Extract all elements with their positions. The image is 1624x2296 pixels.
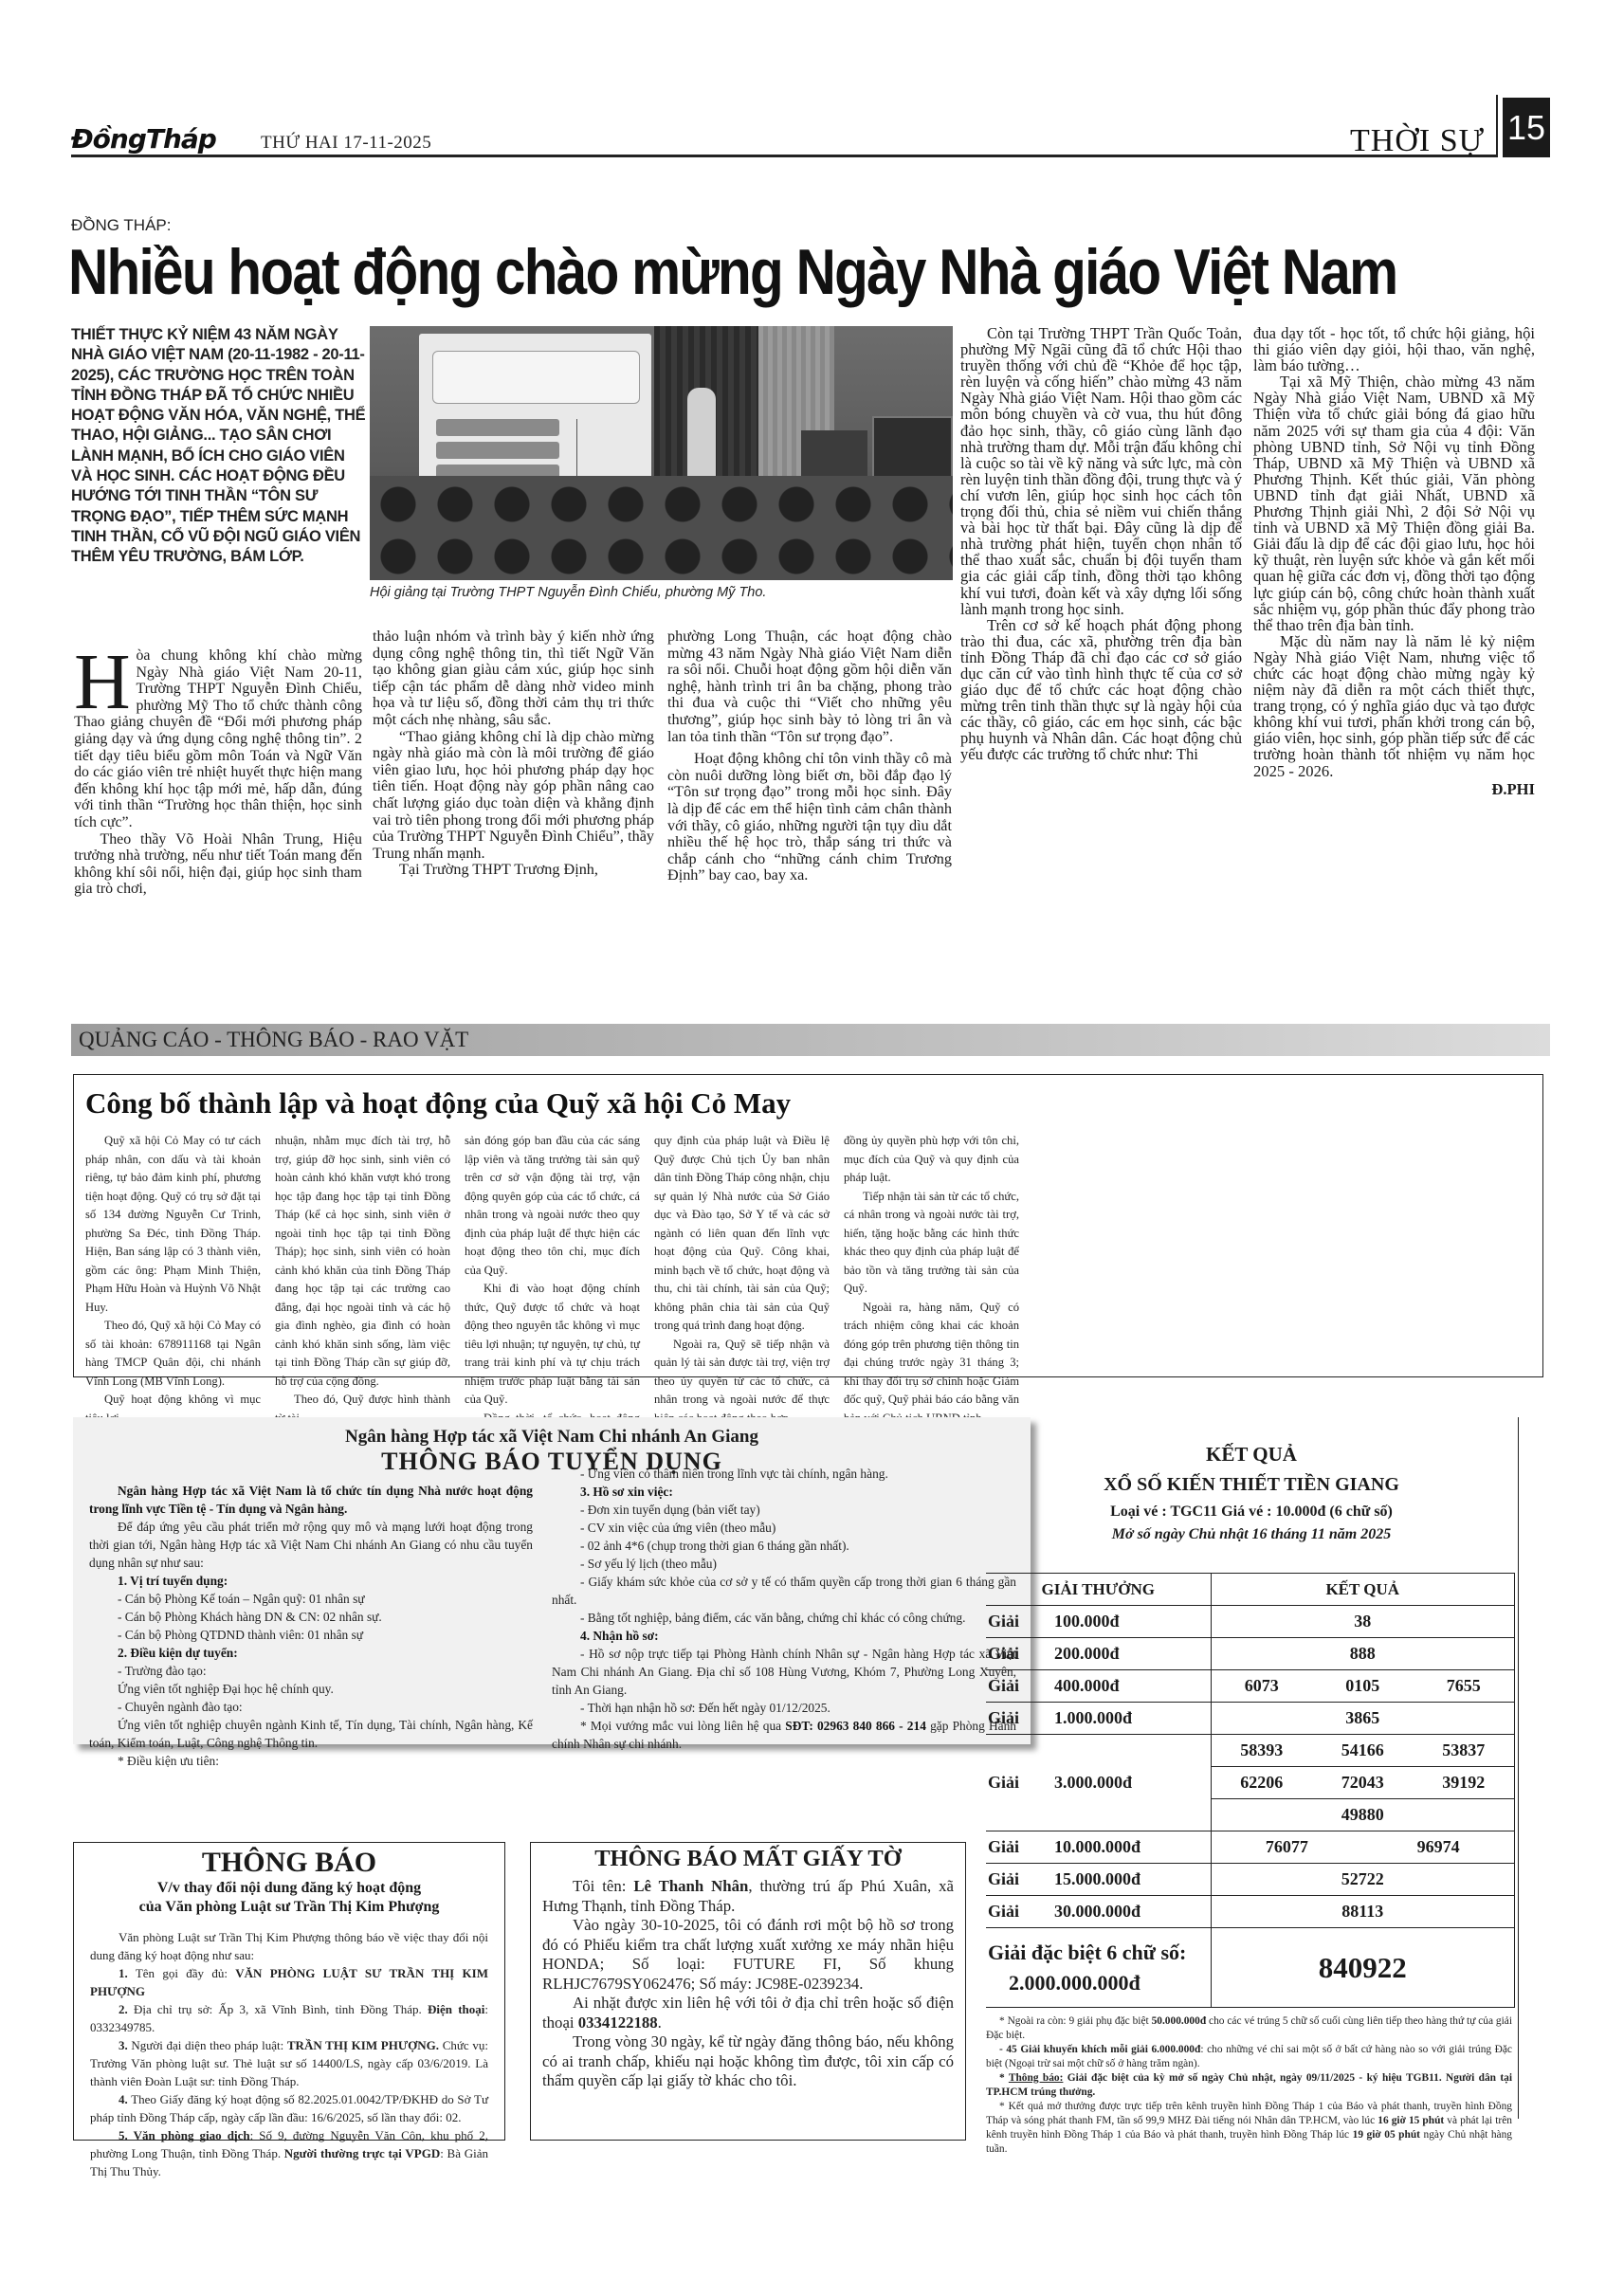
list-item: - Đơn xin tuyển dụng (bản viết tay) [552,1501,1016,1519]
notice-subtitle: của Văn phòng Luật sư Trần Thị Kim Phượn… [74,1898,504,1917]
list-item: - Hồ sơ nộp trực tiếp tại Phòng Hành chí… [552,1645,1016,1699]
table-row: Giải10.000.000đ 7607796974 [986,1831,1515,1864]
paragraph: Quỹ xã hội Cỏ May có tư cách pháp nhân, … [85,1132,261,1317]
fund-column-1: Quỹ xã hội Cỏ May có tư cách pháp nhân, … [85,1132,261,1428]
paragraph: “Thao giảng không chỉ là dịp chào mừng n… [373,729,654,863]
table-row: Giải3.000.000đ 583935416653837 [986,1735,1515,1767]
ads-section-label: QUẢNG CÁO - THÔNG BÁO - RAO VẶT [79,1028,468,1052]
article-lead: Thiết thực kỷ niệm 43 năm Ngày Nhà giáo … [71,325,370,568]
item-number: 4. [119,2092,128,2106]
lottery-results-table: GIẢI THƯỞNG KẾT QUẢ Giải100.000đ 38 Giải… [986,1573,1515,2008]
winning-number: 72043 [1341,1773,1384,1793]
list-item: - Sơ yếu lý lịch (theo mẫu) [552,1555,1016,1573]
paragraph: phường Long Thuận, các hoạt động chào mừ… [667,629,952,745]
winning-number: 49880 [1211,1799,1515,1831]
photo-caption: Hội giảng tại Trường THPT Nguyễn Đình Ch… [370,585,766,600]
winning-number: 53837 [1442,1740,1485,1760]
lottery-frame-rule [1518,1417,1519,2119]
list-item: - 02 ảnh 4*6 (chụp trong thời gian 6 thá… [552,1537,1016,1555]
lottery-notes: * Ngoài ra còn: 9 giải phụ đặc biệt 50.0… [986,2014,1512,2157]
item-number: 1. [119,1966,128,1980]
notice-body: Văn phòng Luật sư Trần Thị Kim Phượng th… [90,1928,488,2180]
paragraph: sản đóng góp ban đầu của các sáng lập vi… [465,1132,640,1280]
item-bold: 5. Văn phòng giao dịch [119,2128,250,2142]
winning-number: 888 [1211,1638,1515,1670]
table-row: Giải200.000đ 888 [986,1638,1515,1670]
winning-number: 58393 [1240,1740,1283,1760]
section-name: THỜI SỰ [1350,123,1485,159]
notice-title: THÔNG BÁO MẤT GIẤY TỜ [531,1846,965,1872]
section-heading: 4. Nhận hồ sơ: [580,1629,659,1643]
item-bold: Điện thoại [428,2002,484,2016]
prize-label: Giải [988,1837,1054,1857]
paragraph: Văn phòng Luật sư Trần Thị Kim Phượng th… [90,1928,488,1964]
paragraph: Tại xã Mỹ Thiện, chào mừng 43 năm Ngày N… [1253,374,1535,633]
winning-number: 3865 [1211,1703,1515,1735]
fund-title: Công bố thành lập và hoạt động của Quỹ x… [85,1086,791,1121]
lottery-subtitle: XỔ SỐ KIẾN THIẾT TIỀN GIANG [986,1474,1517,1496]
contact-phone: SĐT: 02963 840 866 - 214 [785,1719,926,1733]
paragraph: quy định của pháp luật và Điều lệ Quỹ đư… [654,1132,830,1336]
paragraph: Còn tại Trường THPT Trần Quốc Toản, phườ… [960,325,1242,617]
paragraph: Tại Trường THPT Trương Định, [373,862,654,879]
prize-label: Giải [988,1676,1054,1696]
list-item: - Thời hạn nhận hồ sơ: Đến hết ngày 01/1… [552,1699,1016,1717]
winning-number: 39192 [1442,1773,1485,1793]
lawyer-office-notice: THÔNG BÁO V/v thay đổi nội dung đăng ký … [73,1842,505,2141]
list-item: Ứng viên tốt nghiệp chuyên ngành Kinh tế… [89,1716,533,1752]
item-text: Theo Giấy đăng ký hoạt động số 82.2025.0… [90,2092,488,2124]
col-header-prize: GIẢI THƯỞNG [986,1574,1211,1606]
fund-column-3: sản đóng góp ban đầu của các sáng lập vi… [465,1132,640,1447]
contact-text: * Mọi vướng mắc vui lòng liên hệ qua [580,1719,785,1733]
person-name: Lê Thanh Nhân [633,1877,748,1895]
note-bold: 16 giờ 15 phút [1378,2115,1444,2126]
paragraph: Vào ngày 30-10-2025, tôi có đánh rơi một… [542,1916,954,1994]
prize-amount: 1.000.000đ [1054,1708,1132,1727]
item-bold: Người thường trực tại VPGD [284,2146,440,2160]
paragraph: Ngoài ra, hàng năm, Quỹ có trách nhiệm c… [844,1299,1019,1429]
item-text: Tên gọi đầy đủ: [128,1966,235,1980]
item-number: 3. [119,2038,128,2052]
fund-column-2: nhuận, nhằm mục đích tài trợ, hỗ trợ, gi… [275,1132,450,1428]
paragraph: Tiếp nhận tài sản từ các tổ chức, cá nhâ… [844,1188,1019,1299]
winning-number: 52722 [1211,1864,1515,1896]
list-item: * Điều kiện ưu tiên: [89,1752,533,1770]
winning-number: 88113 [1211,1896,1515,1928]
item-text: Người đại diện theo pháp luật: [128,2038,287,2052]
audience [370,476,953,580]
article-photo [370,326,953,580]
lottery-header: KẾT QUẢ XỔ SỐ KIẾN THIẾT TIỀN GIANG Loại… [986,1430,1517,1543]
notice-title: THÔNG BÁO [74,1847,504,1879]
intro-bold: Ngân hàng Hợp tác xã Việt Nam là tổ chức… [89,1484,533,1516]
prize-label: Giải [988,1869,1054,1889]
list-item: - Cán bộ Phòng Khách hàng DN & CN: 02 nh… [89,1608,533,1626]
prize-amount: 200.000đ [1054,1644,1120,1663]
paragraph: Trên cơ sở kế hoạch phát động phong trào… [960,617,1242,763]
article-column-5: đua dạy tốt - học tốt, tổ chức hội giảng… [1253,325,1535,797]
item-bold: TRẦN THỊ KIM PHƯỢNG. [287,2038,439,2052]
lottery-draw-date: Mở số ngày Chủ nhật 16 tháng 11 năm 2025 [986,1526,1517,1543]
article-column-3: phường Long Thuận, các hoạt động chào mừ… [667,629,952,884]
paragraph: Theo đó, Quỹ xã hội Cỏ May có số tài kho… [85,1317,261,1391]
section-heading: 1. Vị trí tuyển dụng: [118,1574,228,1588]
list-item: - Giấy khám sức khỏe của cơ sở y tế có t… [552,1573,1016,1609]
list-item: - Bằng tốt nghiệp, bảng điểm, các văn bằ… [552,1609,1016,1627]
prize-amount: 100.000đ [1054,1612,1120,1631]
drop-cap: H [74,651,130,714]
article-column-4: Còn tại Trường THPT Trần Quốc Toản, phườ… [960,325,1242,763]
fund-announcement: Công bố thành lập và hoạt động của Quỹ x… [73,1074,1543,1377]
paragraph: Hoạt động không chỉ tôn vinh thầy cô mà … [667,751,952,884]
masthead: ĐồngTháp THỨ HAI 17-11-2025 THỜI SỰ [71,123,1498,157]
note-bold: 19 giờ 05 phút [1353,2129,1420,2141]
newspaper-logo: ĐồngTháp [71,123,216,155]
note-bold: Giải đặc biệt của kỳ mở số ngày Chủ nhật… [986,2072,1512,2098]
col-header-result: KẾT QUẢ [1211,1574,1515,1606]
text: . [658,2014,662,2032]
winning-number: 96974 [1417,1837,1460,1857]
prize-label: Giải [988,1644,1054,1664]
article-headline: Nhiều hoạt động chào mừng Ngày Nhà giáo … [68,235,1396,309]
special-prize-number: 840922 [1211,1928,1515,2008]
paragraph: Mặc dù năm nay là năm lẻ kỷ niệm Ngày Nh… [1253,633,1535,779]
prize-amount: 15.000.000đ [1054,1869,1140,1888]
article-column-2: thảo luận nhóm và trình bày ý kiến nhờ ứ… [373,629,654,879]
special-prize-row: Giải đặc biệt 6 chữ số:2.000.000.000đ 84… [986,1928,1515,2008]
item-text: Địa chỉ trụ sở: Ấp 3, xã Vĩnh Bình, tỉnh… [128,2002,428,2016]
notice-body: Tôi tên: Lê Thanh Nhân, thường trú ấp Ph… [542,1877,954,2091]
recruitment-column-2: - Ứng viên có thâm niên trong lĩnh vực t… [552,1436,1016,1753]
article-byline: Đ.PHI [1253,781,1535,797]
table-row: Giải30.000.000đ 88113 [986,1896,1515,1928]
list-item: - Cán bộ Phòng QTDND thành viên: 01 nhân… [89,1626,533,1644]
winning-number: 6073 [1245,1676,1279,1696]
note-bold: - 45 Giải khuyến khích mỗi giải 6.000.00… [999,2044,1200,2055]
table-row: Giải1.000.000đ 3865 [986,1703,1515,1735]
special-prize-amount: 2.000.000.000đ [988,1968,1211,1998]
lottery-title: KẾT QUẢ [986,1443,1517,1467]
table-row: Giải15.000.000đ 52722 [986,1864,1515,1896]
prize-label: Giải [988,1612,1054,1631]
paragraph: nhuận, nhằm mục đích tài trợ, hỗ trợ, gi… [275,1132,450,1391]
list-item: Ứng viên tốt nghiệp Đại học hệ chính quy… [89,1680,533,1698]
winning-number: 38 [1211,1606,1515,1638]
masthead-divider [1496,95,1498,157]
section-heading: 2. Điều kiện dự tuyển: [118,1646,238,1660]
note-bold: 50.000.000đ [1152,2015,1207,2027]
list-item: - Ứng viên có thâm niên trong lĩnh vực t… [552,1465,1016,1483]
paragraph: thảo luận nhóm và trình bày ý kiến nhờ ứ… [373,629,654,729]
fund-column-5: đồng ủy quyền phù hợp với tôn chỉ, mục đ… [844,1132,1019,1428]
prize-amount: 30.000.000đ [1054,1902,1140,1921]
recruitment-column-1: Ngân hàng Hợp tác xã Việt Nam là tổ chức… [89,1482,533,1770]
notice-subtitle: V/v thay đổi nội dung đăng ký hoạt động [74,1879,504,1898]
prize-amount: 10.000.000đ [1054,1837,1140,1856]
recruitment-notice: Ngân hàng Hợp tác xã Việt Nam Chi nhánh … [73,1417,1031,1744]
table-row: Giải400.000đ 607301057655 [986,1670,1515,1703]
paragraph: Khi đi vào hoạt động chính thức, Quỹ đượ… [465,1280,640,1410]
phone-number: 0334122188 [578,2014,658,2032]
prize-amount: 3.000.000đ [1054,1773,1132,1792]
winning-number: 0105 [1345,1676,1379,1696]
winning-number: 54166 [1341,1740,1384,1760]
prize-label: Giải [988,1708,1054,1728]
winning-number: 62206 [1240,1773,1283,1793]
paragraph: Trong vòng 30 ngày, kể từ ngày đăng thôn… [542,2032,954,2091]
list-item: - Trường đào tạo: [89,1662,533,1680]
paragraph: đua dạy tốt - học tốt, tổ chức hội giảng… [1253,325,1535,374]
winning-number: 7655 [1447,1676,1481,1696]
text: Tôi tên: [573,1877,633,1895]
issue-date: THỨ HAI 17-11-2025 [261,133,431,154]
lost-documents-notice: THÔNG BÁO MẤT GIẤY TỜ Tôi tên: Lê Thanh … [530,1842,966,2141]
paragraph: đồng ủy quyền phù hợp với tôn chỉ, mục đ… [844,1132,1019,1188]
list-item: - Chuyên ngành đào tạo: [89,1698,533,1716]
paragraph: Ngoài ra, Quỹ sẽ tiếp nhận và quản lý tà… [654,1336,830,1429]
page-number: 15 [1503,98,1550,157]
article-column-1: Hòa chung không khí chào mừng Ngày Nhà g… [74,647,362,898]
ads-section-band: QUẢNG CÁO - THÔNG BÁO - RAO VẶT [71,1024,1550,1056]
winning-number: 76077 [1266,1837,1308,1857]
fund-column-4: quy định của pháp luật và Điều lệ Quỹ đư… [654,1132,830,1428]
list-item: - Cán bộ Phòng Kế toán – Ngân quỹ: 01 nh… [89,1590,533,1608]
table-row: Giải100.000đ 38 [986,1606,1515,1638]
paragraph: Theo thầy Võ Hoài Nhân Trung, Hiệu trưởn… [74,831,362,898]
article-kicker: ĐỒNG THÁP: [71,216,171,235]
intro: Để đáp ứng yêu cầu phát triển mở rộng qu… [89,1518,533,1572]
prize-amount: 400.000đ [1054,1676,1120,1695]
section-heading: 3. Hồ sơ xin việc: [580,1485,673,1499]
special-prize-label: Giải đặc biệt 6 chữ số: [988,1938,1211,1968]
note-text: * Ngoài ra còn: 9 giải phụ đặc biệt [999,2015,1152,2027]
prize-label: Giải [988,1902,1054,1922]
prize-label: Giải [988,1773,1054,1793]
lottery-ticket-type: Loại vé : TGC11 Giá vé : 10.000đ (6 chữ … [986,1503,1517,1521]
item-number: 2. [119,2002,128,2016]
list-item: - CV xin việc của ứng viên (theo mẫu) [552,1519,1016,1537]
note-underline: Thông báo: [1009,2072,1064,2084]
